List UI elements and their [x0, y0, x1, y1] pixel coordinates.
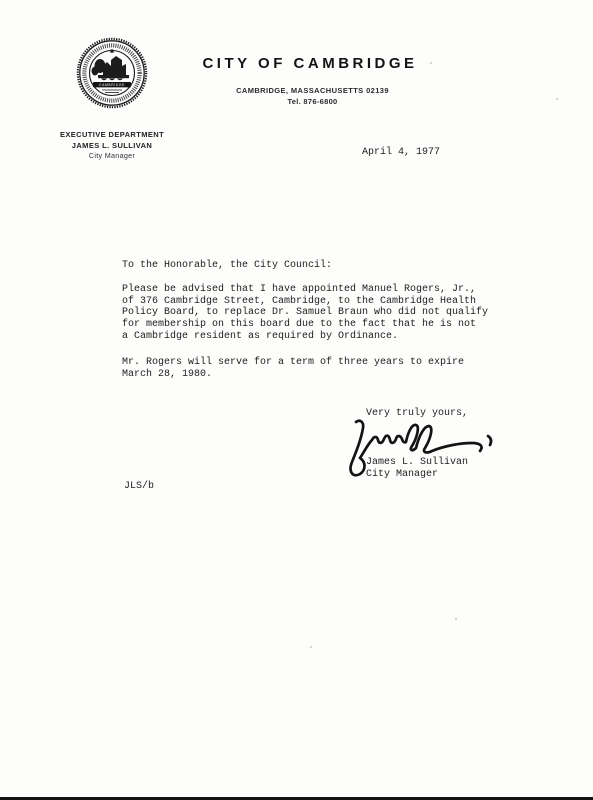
date-line: April 4, 1977: [362, 147, 440, 159]
body-paragraph-1: Please be advised that I have appointed …: [122, 284, 488, 343]
body-paragraph-2: Mr. Rogers will serve for a term of thre…: [122, 357, 464, 380]
salutation: To the Honorable, the City Council:: [122, 260, 332, 272]
seal-graphic: CAMBRIDGE: [76, 36, 148, 110]
scan-speck: [430, 62, 432, 64]
letterhead-title: CITY OF CAMBRIDGE: [200, 55, 420, 72]
sender-name: JAMES L. SULLIVAN: [36, 140, 188, 151]
letterhead-address: CAMBRIDGE, MASSACHUSETTS 02139: [210, 86, 415, 95]
scan-speck: [556, 98, 558, 100]
sender-block: EXECUTIVE DEPARTMENT JAMES L. SULLIVAN C…: [36, 129, 188, 161]
scan-speck: [310, 646, 312, 648]
scanned-letter-page: CAMBRIDGE CITY OF CAMBRIDGE CAMBRIDGE, M…: [0, 0, 593, 800]
sender-title: City Manager: [36, 151, 188, 161]
city-of-cambridge-seal: CAMBRIDGE: [76, 36, 148, 110]
scan-speck: [455, 618, 457, 620]
typed-signer-title: City Manager: [366, 469, 438, 481]
seal-banner-text: CAMBRIDGE: [99, 83, 125, 87]
letterhead-phone: Tel. 876-6800: [210, 97, 415, 106]
typed-signer-name: James L. Sullivan: [366, 457, 468, 469]
reference-initials: JLS/b: [124, 481, 154, 493]
sender-department: EXECUTIVE DEPARTMENT: [36, 129, 188, 140]
